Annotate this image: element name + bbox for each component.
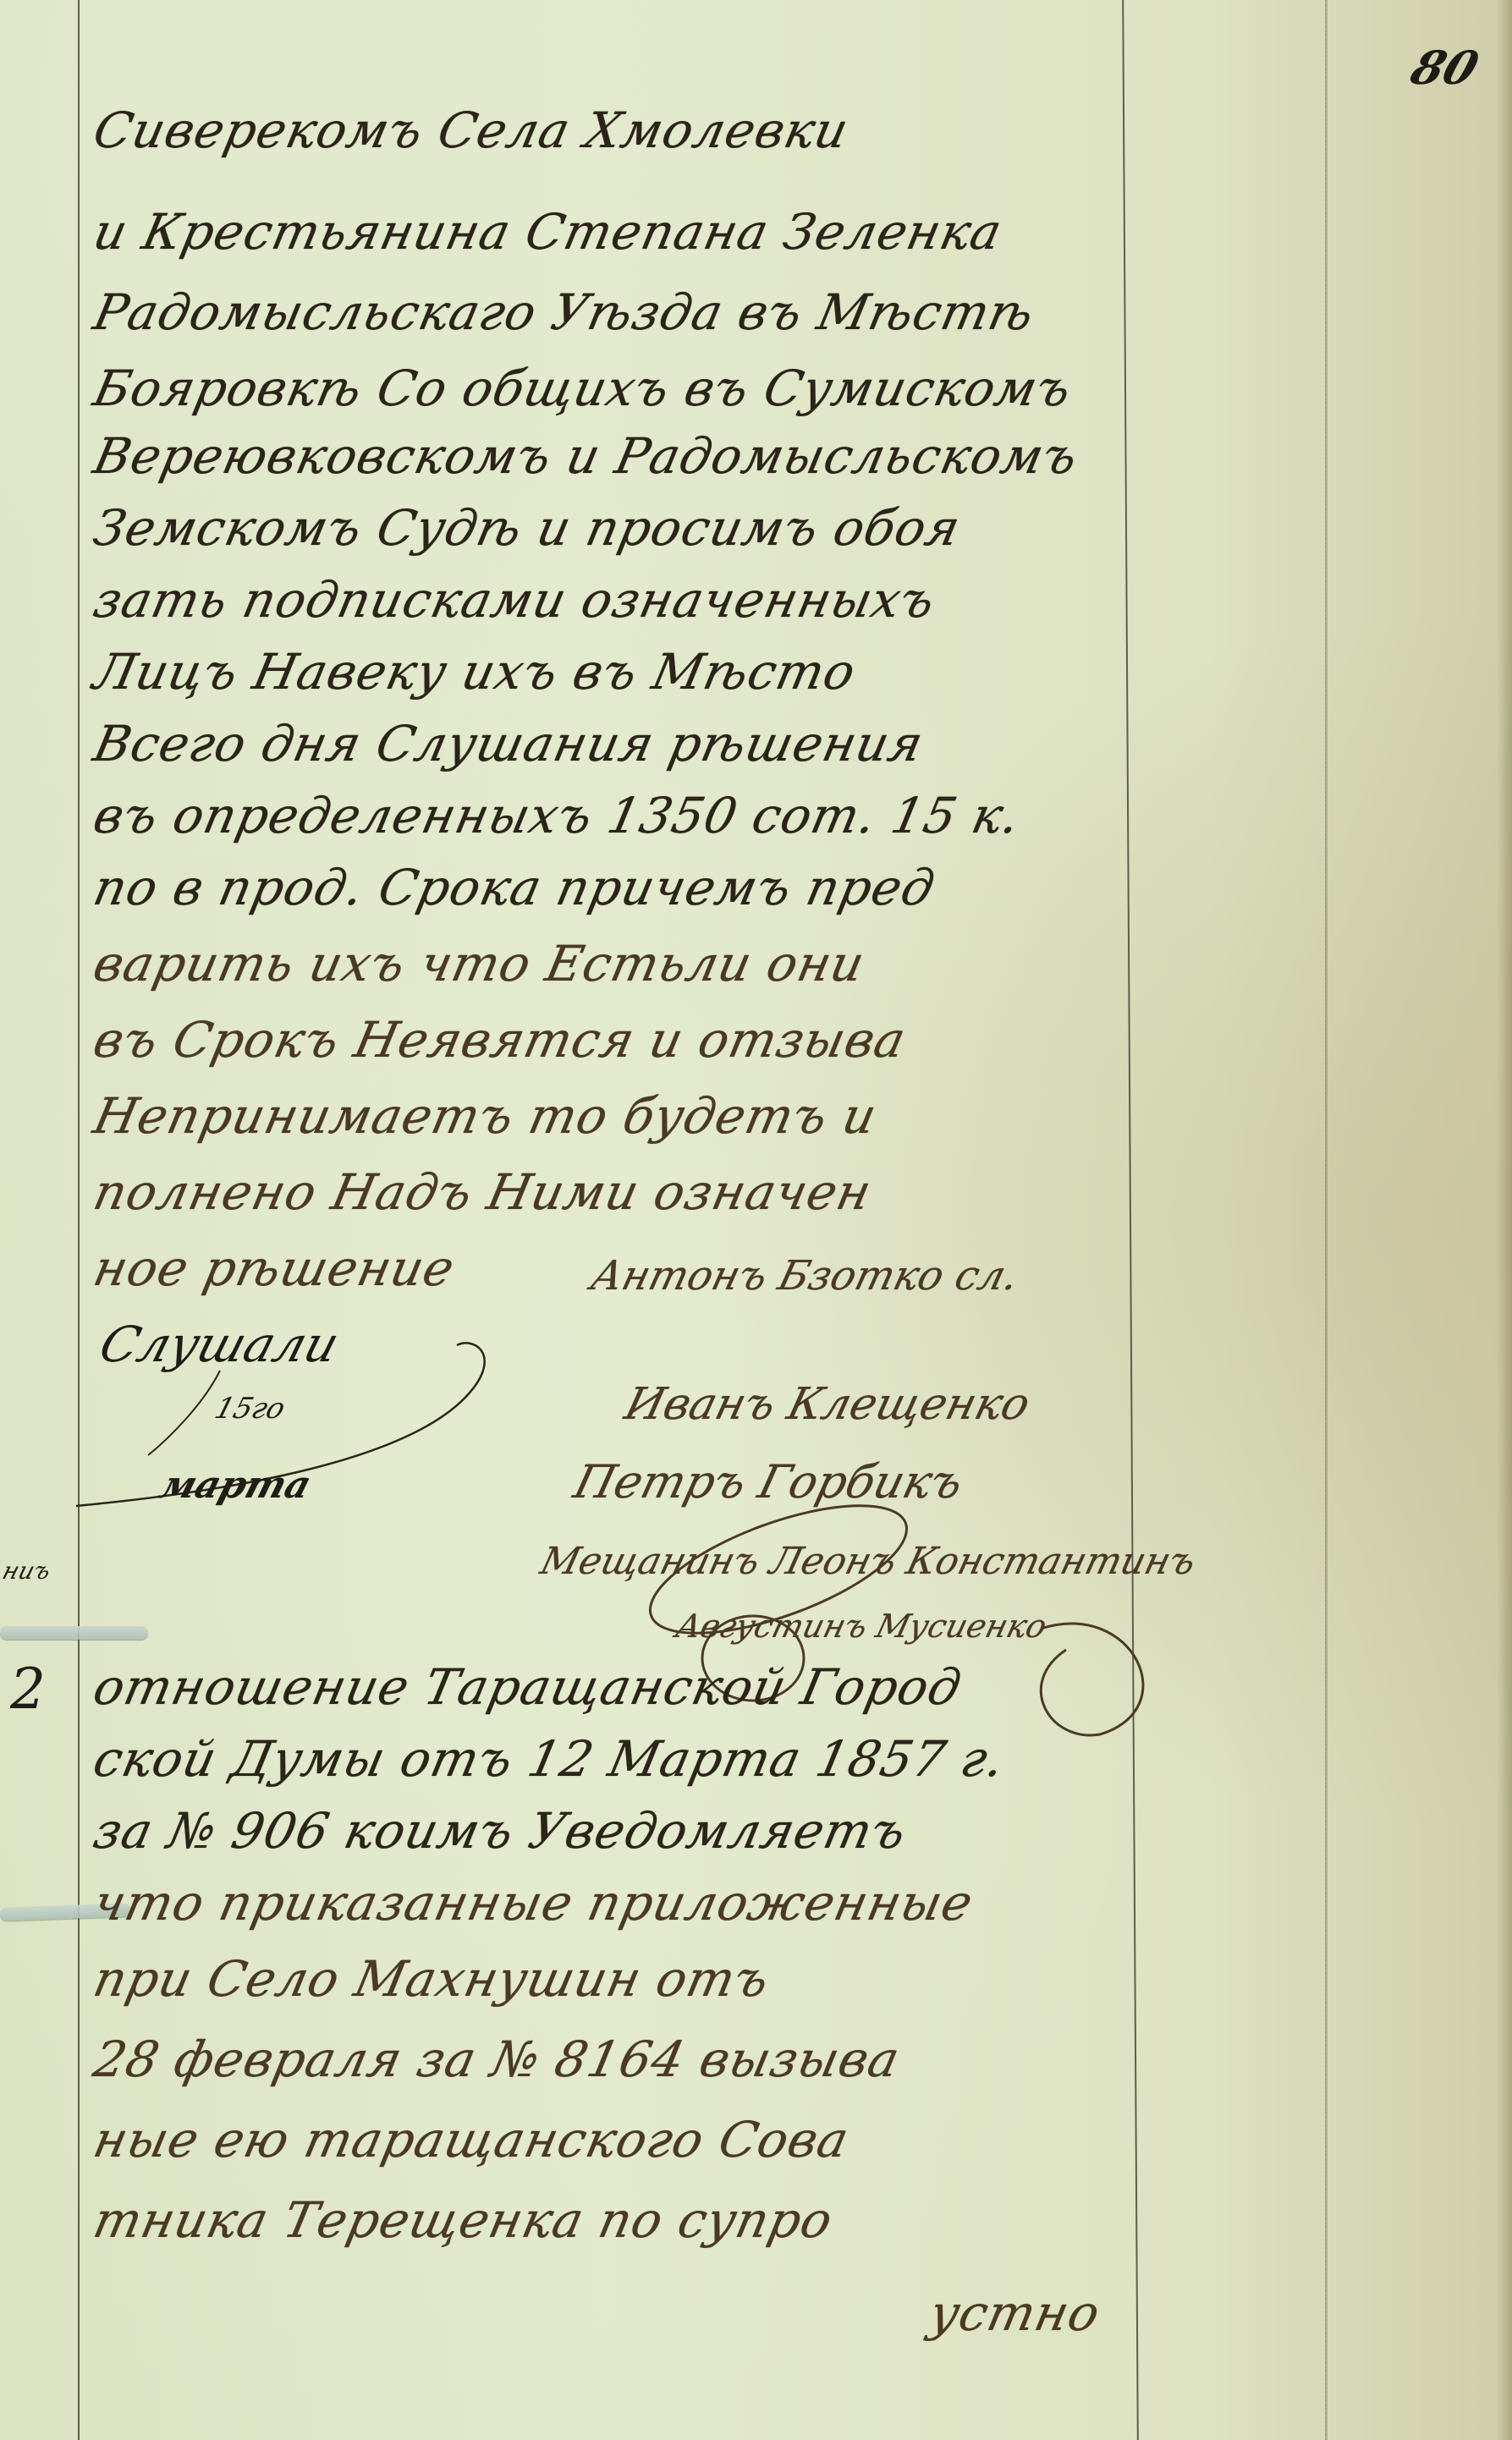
binding-thread bbox=[0, 1626, 148, 1640]
column-rule bbox=[1122, 0, 1139, 2440]
text-line: тника Терещенка по супро bbox=[89, 2191, 838, 2249]
text-line: отношение Таращанской Город bbox=[89, 1658, 967, 1716]
right-column-rule bbox=[1325, 0, 1328, 2440]
text-line: Лицъ Навеку ихъ въ Мѣсто bbox=[89, 643, 861, 701]
text-line: Вереювковскомъ и Радомысльскомъ bbox=[89, 427, 1083, 485]
text-line: что приказанные приложенные bbox=[89, 1874, 978, 1932]
signature: Августинъ Мусиенко bbox=[673, 1607, 1051, 1645]
text-line: за № 906 коимъ Уведомляетъ bbox=[89, 1802, 912, 1860]
margin-note-month: марта bbox=[155, 1464, 316, 1507]
margin-note-edge: ниъ bbox=[0, 1557, 54, 1585]
signature: Петръ Горбикъ bbox=[569, 1455, 969, 1509]
text-line: 28 февраля за № 8164 вызыва bbox=[89, 2031, 905, 2088]
margin-note-number: 15го bbox=[211, 1392, 289, 1426]
page-number: 80 bbox=[1405, 41, 1486, 95]
signature: Антонъ Бзотко сл. bbox=[586, 1252, 1024, 1300]
text-line: ные ею таращанского Сова bbox=[89, 2111, 855, 2168]
text-line: при Село Махнушин отъ bbox=[89, 1950, 775, 2008]
text-line: устно bbox=[925, 2284, 1106, 2342]
text-line: варить ихъ что Естьли они bbox=[89, 935, 870, 992]
margin-note-signature: Слушали bbox=[93, 1316, 345, 1373]
left-margin-rule bbox=[78, 0, 80, 2440]
text-line: полнено Надъ Ними означен bbox=[89, 1163, 877, 1221]
text-line: въ определенныхъ 1350 сот. 15 к. bbox=[89, 787, 1025, 844]
text-line: ской Думы отъ 12 Марта 1857 г. bbox=[89, 1730, 1010, 1788]
text-line: Радомысльскаго Уѣзда въ Мѣстѣ bbox=[89, 283, 1040, 341]
text-line: Сиверекомъ Села Хмолевки bbox=[89, 102, 854, 159]
signature: Иванъ Клещенко bbox=[620, 1379, 1036, 1430]
text-line: Земскомъ Судѣ и просимъ обоя bbox=[89, 499, 965, 557]
text-line: ное рѣшение bbox=[89, 1239, 460, 1297]
text-line: зать подписками означенныхъ bbox=[89, 571, 941, 629]
text-line: Бояровкѣ Со общихъ въ Сумискомъ bbox=[89, 360, 1077, 417]
text-line: Непринимаетъ то будетъ и bbox=[89, 1087, 882, 1145]
text-line: по в прод. Срока причемъ пред bbox=[89, 859, 940, 916]
item-number: 2 bbox=[10, 1657, 46, 1722]
document-page: 80 Сиверекомъ Села Хмолевки и Крестьянин… bbox=[0, 0, 1512, 2440]
text-line: и Крестьянина Степана Зеленка bbox=[89, 203, 1008, 261]
text-line: въ Срокъ Неявятся и отзыва bbox=[89, 1011, 911, 1069]
text-line: Всего дня Слушания рѣшения bbox=[89, 715, 929, 772]
signature: Мещанинъ Леонъ Константинъ bbox=[536, 1540, 1201, 1583]
page-edge-shadow bbox=[1497, 0, 1512, 2440]
